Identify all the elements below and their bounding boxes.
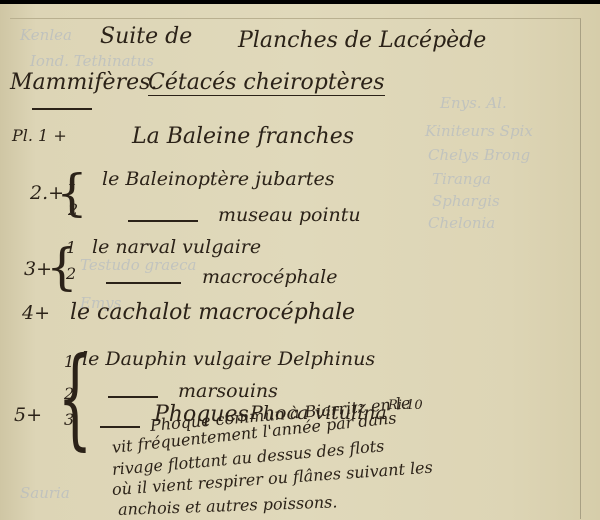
plate-label: 4+ [22, 302, 50, 324]
order-heading: Cétacés cheiroptères [148, 70, 385, 96]
entry-number: 2 [66, 264, 76, 283]
manuscript-page: Kenlea Iond. Tethinatus Enys. Al. Kinite… [0, 4, 600, 520]
plate-entry: le cachalot macrocéphale [70, 300, 355, 325]
class-heading: Mammifères. [10, 70, 157, 95]
plate-label: Pl. 1 + [12, 126, 67, 145]
bleed-text: Sphargis [432, 192, 500, 210]
plate-label: 5+ [14, 404, 42, 426]
plate-entry: museau pointu [218, 204, 361, 226]
plate-entry: le narval vulgaire [92, 236, 261, 258]
bleed-text: Chelys Brong [428, 146, 530, 164]
ditto-dash [106, 282, 181, 284]
entry-number: 1 [68, 170, 78, 189]
plate-entry: le Dauphin vulgaire Delphinus [82, 348, 375, 370]
bleed-text: Kiniteurs Spix [425, 122, 533, 140]
plate-entry: le Baleinoptère jubartes [102, 168, 334, 190]
entry-number: 2 [68, 200, 78, 219]
bleed-text: Enys. Al. [440, 94, 507, 112]
bleed-text: Chelonia [428, 214, 495, 232]
plate-entry: La Baleine franches [132, 124, 354, 149]
ditto-dash [128, 220, 198, 222]
entry-number: 1 [64, 352, 74, 371]
bleed-text: Tiranga [432, 170, 491, 188]
page-title: Planches de Lacépède [238, 28, 486, 53]
ditto-dash [100, 426, 140, 428]
plate-entry: macrocéphale [202, 266, 337, 288]
bleed-text: Kenlea [20, 26, 72, 44]
bleed-text: Iond. Tethinatus [30, 52, 154, 70]
bleed-text: Sauria [20, 484, 70, 502]
plate-entry: marsouins [178, 380, 278, 402]
entry-number: 2 [64, 384, 74, 403]
underline-flourish [32, 108, 92, 110]
bleed-text: Testudo graeca [80, 256, 196, 274]
title-prefix: Suite de [100, 24, 192, 49]
entry-number: 1 [66, 238, 76, 257]
entry-number: 3 [64, 410, 74, 429]
ditto-dash [108, 396, 158, 398]
